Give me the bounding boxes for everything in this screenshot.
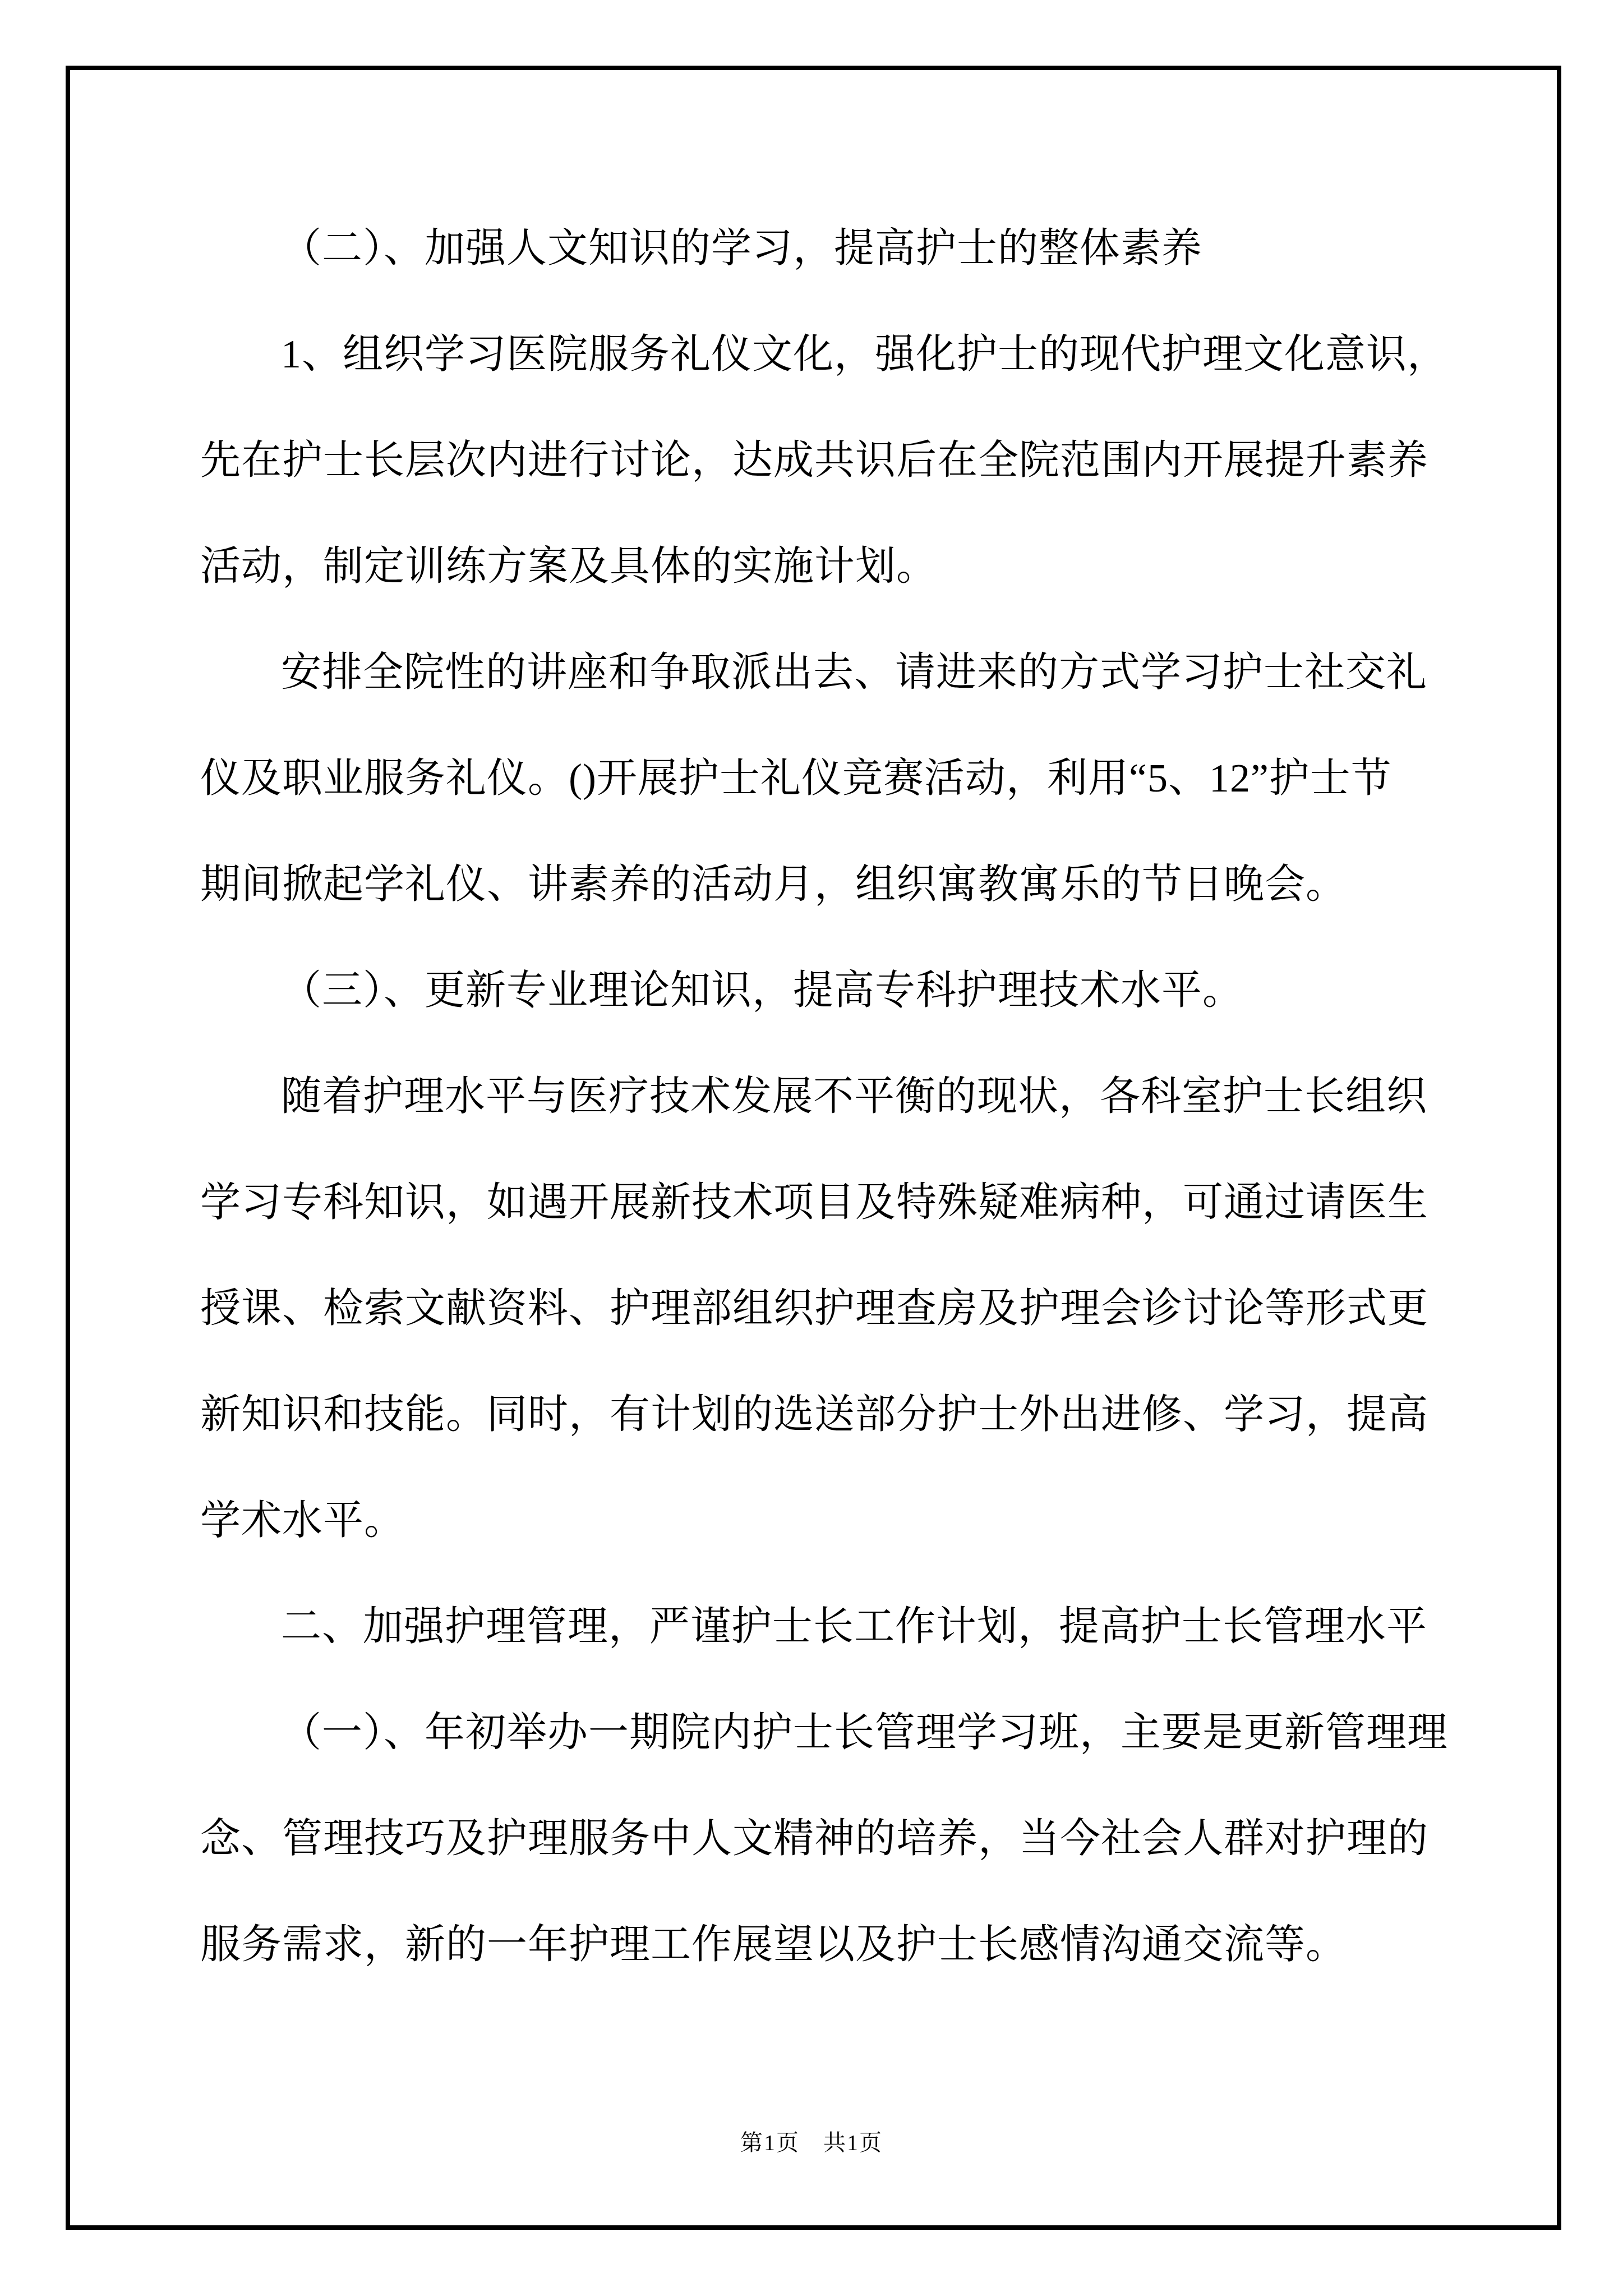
document-body: （二）、加强人文知识的学习，提高护士的整体素养 1、组织学习医院服务礼仪文化，强… [200, 195, 1456, 1998]
text-line: 学习专科知识，如遇开展新技术项目及特殊疑难病种，可通过请医生 [200, 1149, 1456, 1255]
document-page: （二）、加强人文知识的学习，提高护士的整体素养 1、组织学习医院服务礼仪文化，强… [0, 0, 1623, 2296]
text-line: 活动，制定训练方案及具体的实施计划。 [200, 513, 1456, 619]
text-line: （二）、加强人文知识的学习，提高护士的整体素养 [200, 195, 1456, 301]
text-line: 随着护理水平与医疗技术发展不平衡的现状，各科室护士长组织 [200, 1043, 1456, 1149]
text-line: 期间掀起学礼仪、讲素养的活动月，组织寓教寓乐的节日晚会。 [200, 831, 1456, 937]
text-line: 新知识和技能。同时，有计划的选送部分护士外出进修、学习，提高 [200, 1361, 1456, 1467]
text-line: 先在护士长层次内进行讨论，达成共识后在全院范围内开展提升素养 [200, 407, 1456, 513]
text-line: 仪及职业服务礼仪。()开展护士礼仪竞赛活动，利用“5、12”护士节 [200, 725, 1456, 831]
text-line: （一）、年初举办一期院内护士长管理学习班，主要是更新管理理 [200, 1680, 1456, 1786]
text-line: 安排全院性的讲座和争取派出去、请进来的方式学习护士社交礼 [200, 619, 1456, 725]
text-line: 二、加强护理管理，严谨护士长工作计划，提高护士长管理水平 [200, 1573, 1456, 1680]
text-line: 授课、检索文献资料、护理部组织护理查房及护理会诊讨论等形式更 [200, 1255, 1456, 1361]
text-line: 1、组织学习医院服务礼仪文化，强化护士的现代护理文化意识， [200, 301, 1456, 407]
page-footer: 第1页 共1页 [0, 2120, 1623, 2165]
text-line: 念、管理技巧及护理服务中人文精神的培养，当今社会人群对护理的 [200, 1786, 1456, 1892]
text-line: 服务需求，新的一年护理工作展望以及护士长感情沟通交流等。 [200, 1892, 1456, 1998]
text-line: （三）、更新专业理论知识，提高专科护理技术水平。 [200, 937, 1456, 1043]
text-line: 学术水平。 [200, 1467, 1456, 1573]
